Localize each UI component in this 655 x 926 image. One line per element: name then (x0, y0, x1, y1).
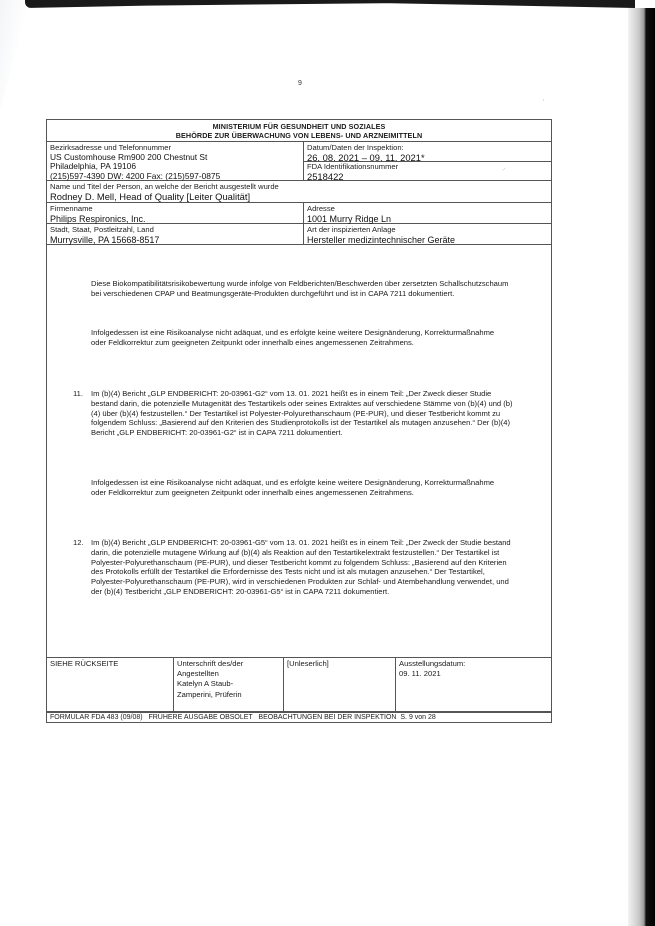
city-cell: Stadt, Staat, Postleitzahl, Land Murrysv… (47, 224, 303, 244)
street-address-value: 1001 Murry Ridge Ln (307, 214, 548, 225)
city-row: Stadt, Staat, Postleitzahl, Land Murrysv… (47, 224, 551, 245)
see-reverse-text: SIEHE RÜCKSEITE (50, 659, 170, 669)
fda-id-cell: FDA Identifikationsnummer 2518422 (304, 162, 551, 182)
issue-date-value: 09. 11. 2021 (399, 669, 548, 679)
see-reverse-cell: SIEHE RÜCKSEITE (47, 658, 173, 711)
agency-title: BEHÖRDE ZUR ÜBERWACHUNG VON LEBENS- UND … (47, 131, 551, 140)
firm-row: Firmenname Philips Respironics, Inc. Adr… (47, 203, 551, 224)
form-title: MINISTERIUM FÜR GESUNDHEIT UND SOZIALES … (47, 120, 551, 142)
street-address-cell: Adresse 1001 Murry Ridge Ln (303, 203, 551, 223)
fda-483-form: MINISTERIUM FÜR GESUNDHEIT UND SOZIALES … (46, 119, 552, 723)
scan-speck: ˈ (542, 98, 545, 107)
footer-line: FORMULAR FDA 483 (09/08) FRÜHERE AUSGABE… (47, 713, 551, 723)
obsolete-notice: FRÜHERE AUSGABE OBSOLET (148, 714, 252, 721)
page-reference: S. 9 von 28 (400, 714, 435, 721)
form-title-footer: BEOBACHTUNGEN BEI DER INSPEKTION (258, 714, 396, 721)
paragraph-biocompatibility: Diese Biokompatibilitätsrisikobewertung … (91, 279, 511, 299)
form-footer: FORMULAR FDA 483 (09/08) FRÜHERE AUSGABE… (47, 712, 551, 723)
signature-row: SIEHE RÜCKSEITE Unterschrift des/der Ang… (47, 657, 551, 712)
firm-name-cell: Firmenname Philips Respironics, Inc. (47, 203, 303, 223)
recipient-cell: Name und Titel der Person, an welche der… (47, 181, 551, 202)
page-number: 9 (0, 80, 600, 87)
firm-name-value: Philips Respironics, Inc. (50, 214, 300, 225)
district-address-cell: Bezirksadresse und Telefonnummer US Cust… (47, 142, 303, 180)
page-fold-shadow (0, 0, 30, 110)
city-label: Stadt, Staat, Postleitzahl, Land (50, 225, 300, 235)
signature-value: [Unleserlich] (287, 659, 392, 669)
district-row: Bezirksadresse und Telefonnummer US Cust… (47, 142, 551, 181)
employee-name-line-1: Katelyn A Staub- (177, 679, 280, 689)
street-address-label: Adresse (307, 204, 548, 214)
issue-date-label: Ausstellungsdatum: (399, 659, 548, 669)
recipient-row: Name und Titel der Person, an welche der… (47, 181, 551, 203)
employee-signature-cell: Unterschrift des/der Angestellten Kately… (173, 658, 283, 711)
observations-body: Diese Biokompatibilitätsrisikobewertung … (47, 245, 551, 657)
district-line-3: (215)597-4390 DW: 4200 Fax: (215)597-087… (50, 172, 300, 182)
paragraph-risk-analysis-2: Infolgedessen ist eine Risikoanalyse nic… (91, 478, 511, 498)
employee-name-line-2: Zamperini, Prüferin (177, 690, 280, 700)
scan-speck: ⸝ (502, 162, 506, 173)
form-id: FORMULAR FDA 483 (09/08) (50, 714, 143, 721)
issue-date-cell: Ausstellungsdatum: 09. 11. 2021 (395, 658, 551, 711)
firm-name-label: Firmenname (50, 204, 300, 214)
observation-text: Im (b)(4) Bericht „GLP ENDBERICHT: 20-03… (91, 389, 517, 438)
observation-number: 12. (73, 538, 89, 548)
employee-label-line-1: Unterschrift des/der (177, 659, 280, 669)
inspection-dates-cell: Datum/Daten der Inspektion: 26. 08. 2021… (304, 142, 551, 162)
paragraph-risk-analysis-1: Infolgedessen ist eine Risikoanalyse nic… (91, 328, 511, 348)
inspection-info-cell: Datum/Daten der Inspektion: 26. 08. 2021… (303, 142, 551, 180)
establishment-type-label: Art der inspizierten Anlage (307, 225, 548, 235)
establishment-type-value: Hersteller medizintechnischer Geräte (307, 235, 548, 246)
ministry-title: MINISTERIUM FÜR GESUNDHEIT UND SOZIALES (47, 120, 551, 131)
scan-right-edge (628, 8, 655, 926)
city-value: Murrysville, PA 15668-8517 (50, 235, 300, 246)
observation-number: 11. (73, 389, 89, 399)
signature-cell: [Unleserlich] (283, 658, 395, 711)
establishment-type-cell: Art der inspizierten Anlage Hersteller m… (303, 224, 551, 244)
scan-top-edge (25, 0, 635, 8)
observation-text: Im (b)(4) Bericht „GLP ENDBERICHT: 20-03… (91, 538, 517, 597)
scanned-page: 9 ˈ MINISTERIUM FÜR GESUNDHEIT UND SOZIA… (0, 0, 655, 926)
employee-label-line-2: Angestellten (177, 669, 280, 679)
recipient-value: Rodney D. Mell, Head of Quality [Leiter … (50, 192, 548, 203)
